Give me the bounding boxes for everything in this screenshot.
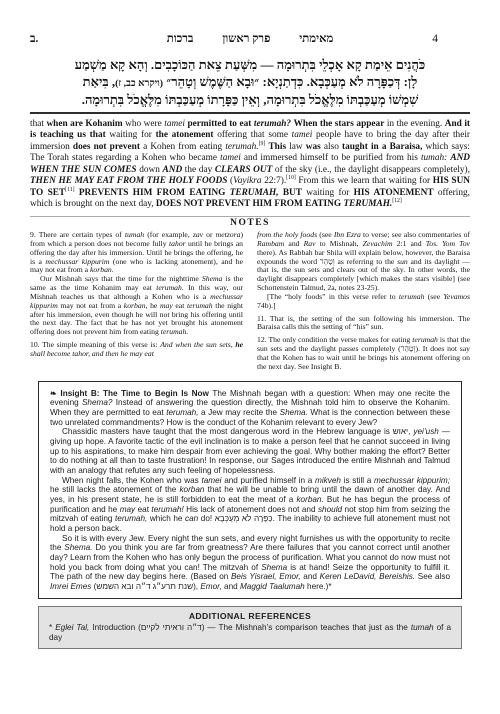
note-paragraph: 9. There are certain types of tumah (for… [30,231,243,275]
insight-paragraph: So it is with every Jew. Every night the… [50,534,450,592]
page-header: ב. מאימתי פרק ראשון ברכות 4 [30,33,470,49]
note-paragraph: from the holy foods (see Ibn Ezra to ver… [257,231,470,293]
notes-heading: NOTES [30,218,470,228]
additional-references-box: ADDITIONAL REFERENCES * Eglei Tal, Intro… [38,606,462,650]
note-paragraph: 11. That is, the setting of the sun foll… [257,315,470,333]
section-rule-thick [30,112,470,114]
tractate-name: ברכות [167,33,194,45]
gemara-line: כֹּהֲנִים אֵימַת קָא אָכְלֵי בִּתְרוּמָה… [30,56,470,73]
chapter-name: מאימתי [299,33,333,45]
gemara-hebrew-text: כֹּהֲנִים אֵימַת קָא אָכְלֵי בִּתְרוּמָה… [30,56,470,108]
daf-marker: ב. [30,33,38,45]
gemara-line: לָן: דְּכַפָּרָה לֹא מְעַכְּבָא. כִּדְתַ… [30,73,470,90]
insight-box: ❧ Insight B: The Time to Begin Is Now Th… [38,381,462,599]
talmud-page: ב. מאימתי פרק ראשון ברכות 4 כֹּהֲנִים אֵ… [0,0,500,714]
note-paragraph: 12. The only condition the verse makes f… [257,336,470,371]
notes-divider-rule [30,216,470,217]
gemara-line: שִׁמְשׁוֹ מְעַכַּבְתּוֹ מִלֶּאֱכֹל בִּתְ… [30,91,470,108]
notes-section: 9. There are certain types of tumah (for… [30,231,470,372]
note-paragraph: 10. The simple meaning of this verse is:… [30,341,243,359]
chapter-number: פרק ראשון [222,33,270,45]
note-paragraph: [The “holy foods” in this verse refer to… [257,293,470,311]
insight-paragraph: Chassidic masters have taught that the m… [50,427,450,475]
notes-left-column: 9. There are certain types of tumah (for… [30,231,243,372]
additional-reference-entry: * Eglei Tal, Introduction (ד״ה וראיתי לק… [49,623,451,643]
insight-paragraph: When night falls, the Kohen who was tame… [50,476,450,534]
note-paragraph: Our Mishnah says that the time for the n… [30,275,243,337]
running-head: מאימתי פרק ראשון ברכות [154,33,347,45]
additional-references-heading: ADDITIONAL REFERENCES [49,611,451,621]
elucidation-paragraph: that when are Kohanim who were tamei per… [30,119,470,211]
page-number: 4 [432,33,438,45]
insight-paragraph: ❧ Insight B: The Time to Begin Is Now Th… [50,389,450,428]
notes-right-column: from the holy foods (see Ibn Ezra to ver… [257,231,470,372]
